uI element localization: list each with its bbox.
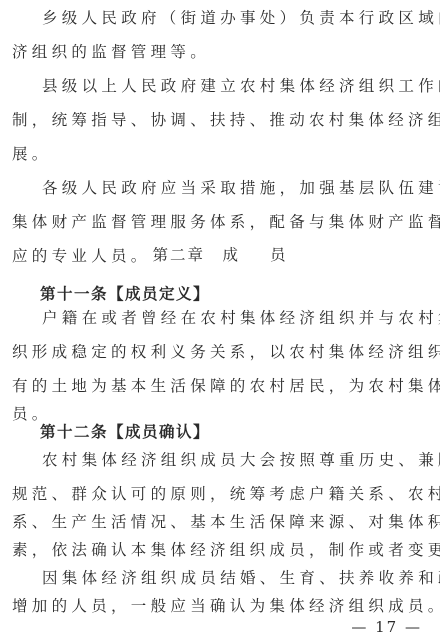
paragraph-line: 农村集体经济组织成员大会按照尊重历史、兼顾现实、程序 xyxy=(42,450,440,470)
paragraph-line: 素，依法确认本集体经济组织成员，制作或者变更成员名册。 xyxy=(12,540,430,560)
chapter-heading-part2: 员 xyxy=(270,246,288,264)
paragraph-line: 因集体经济组织成员结婚、生育、扶养收养和政策性移民而 xyxy=(42,568,440,588)
paragraph-line: 规范、群众认可的原则，统筹考虑户籍关系、农村土地承包关 xyxy=(12,484,430,504)
paragraph-line: 展。 xyxy=(12,144,430,164)
paragraph-line: 集体财产监督管理服务体系，配备与集体财产监督管理工作相适 xyxy=(12,212,430,232)
paragraph-line: 系、生产生活情况、基本生活保障来源、对集体积累的贡献等因 xyxy=(12,512,430,532)
paragraph-line: 县级以上人民政府建立农村集体经济组织工作的综合协调机 xyxy=(42,76,440,96)
paragraph-line: 济组织的监督管理等。 xyxy=(12,42,430,62)
document-page: 乡级人民政府（街道办事处）负责本行政区域内农村集体经 济组织的监督管理等。 县级… xyxy=(0,0,440,642)
paragraph-line: 制，统筹指导、协调、扶持、推动农村集体经济组织的建设和发 xyxy=(12,110,430,130)
paragraph-line: 各级人民政府应当采取措施，加强基层队伍建设，建立健全 xyxy=(42,178,440,198)
article-11-title: 第十一条【成员定义】 xyxy=(40,282,210,304)
paragraph-line: 户籍在或者曾经在农村集体经济组织并与农村集体经济组 xyxy=(42,308,440,328)
chapter-heading-part1: 第二章 成 xyxy=(152,246,240,264)
paragraph-line: 织形成稳定的权利义务关系，以农村集体经济组织成员集体所 xyxy=(12,342,430,362)
paragraph-line: 增加的人员，一般应当确认为集体经济组织成员。 xyxy=(12,596,430,616)
page-number: — 17 — xyxy=(351,618,422,636)
paragraph-line: 乡级人民政府（街道办事处）负责本行政区域内农村集体经 xyxy=(42,8,440,28)
paragraph-line: 有的土地为基本生活保障的农村居民，为农村集体经济组织成 xyxy=(12,376,430,396)
article-12-title: 第十二条【成员确认】 xyxy=(40,420,210,442)
chapter-heading: 第二章 成员 xyxy=(0,243,440,265)
